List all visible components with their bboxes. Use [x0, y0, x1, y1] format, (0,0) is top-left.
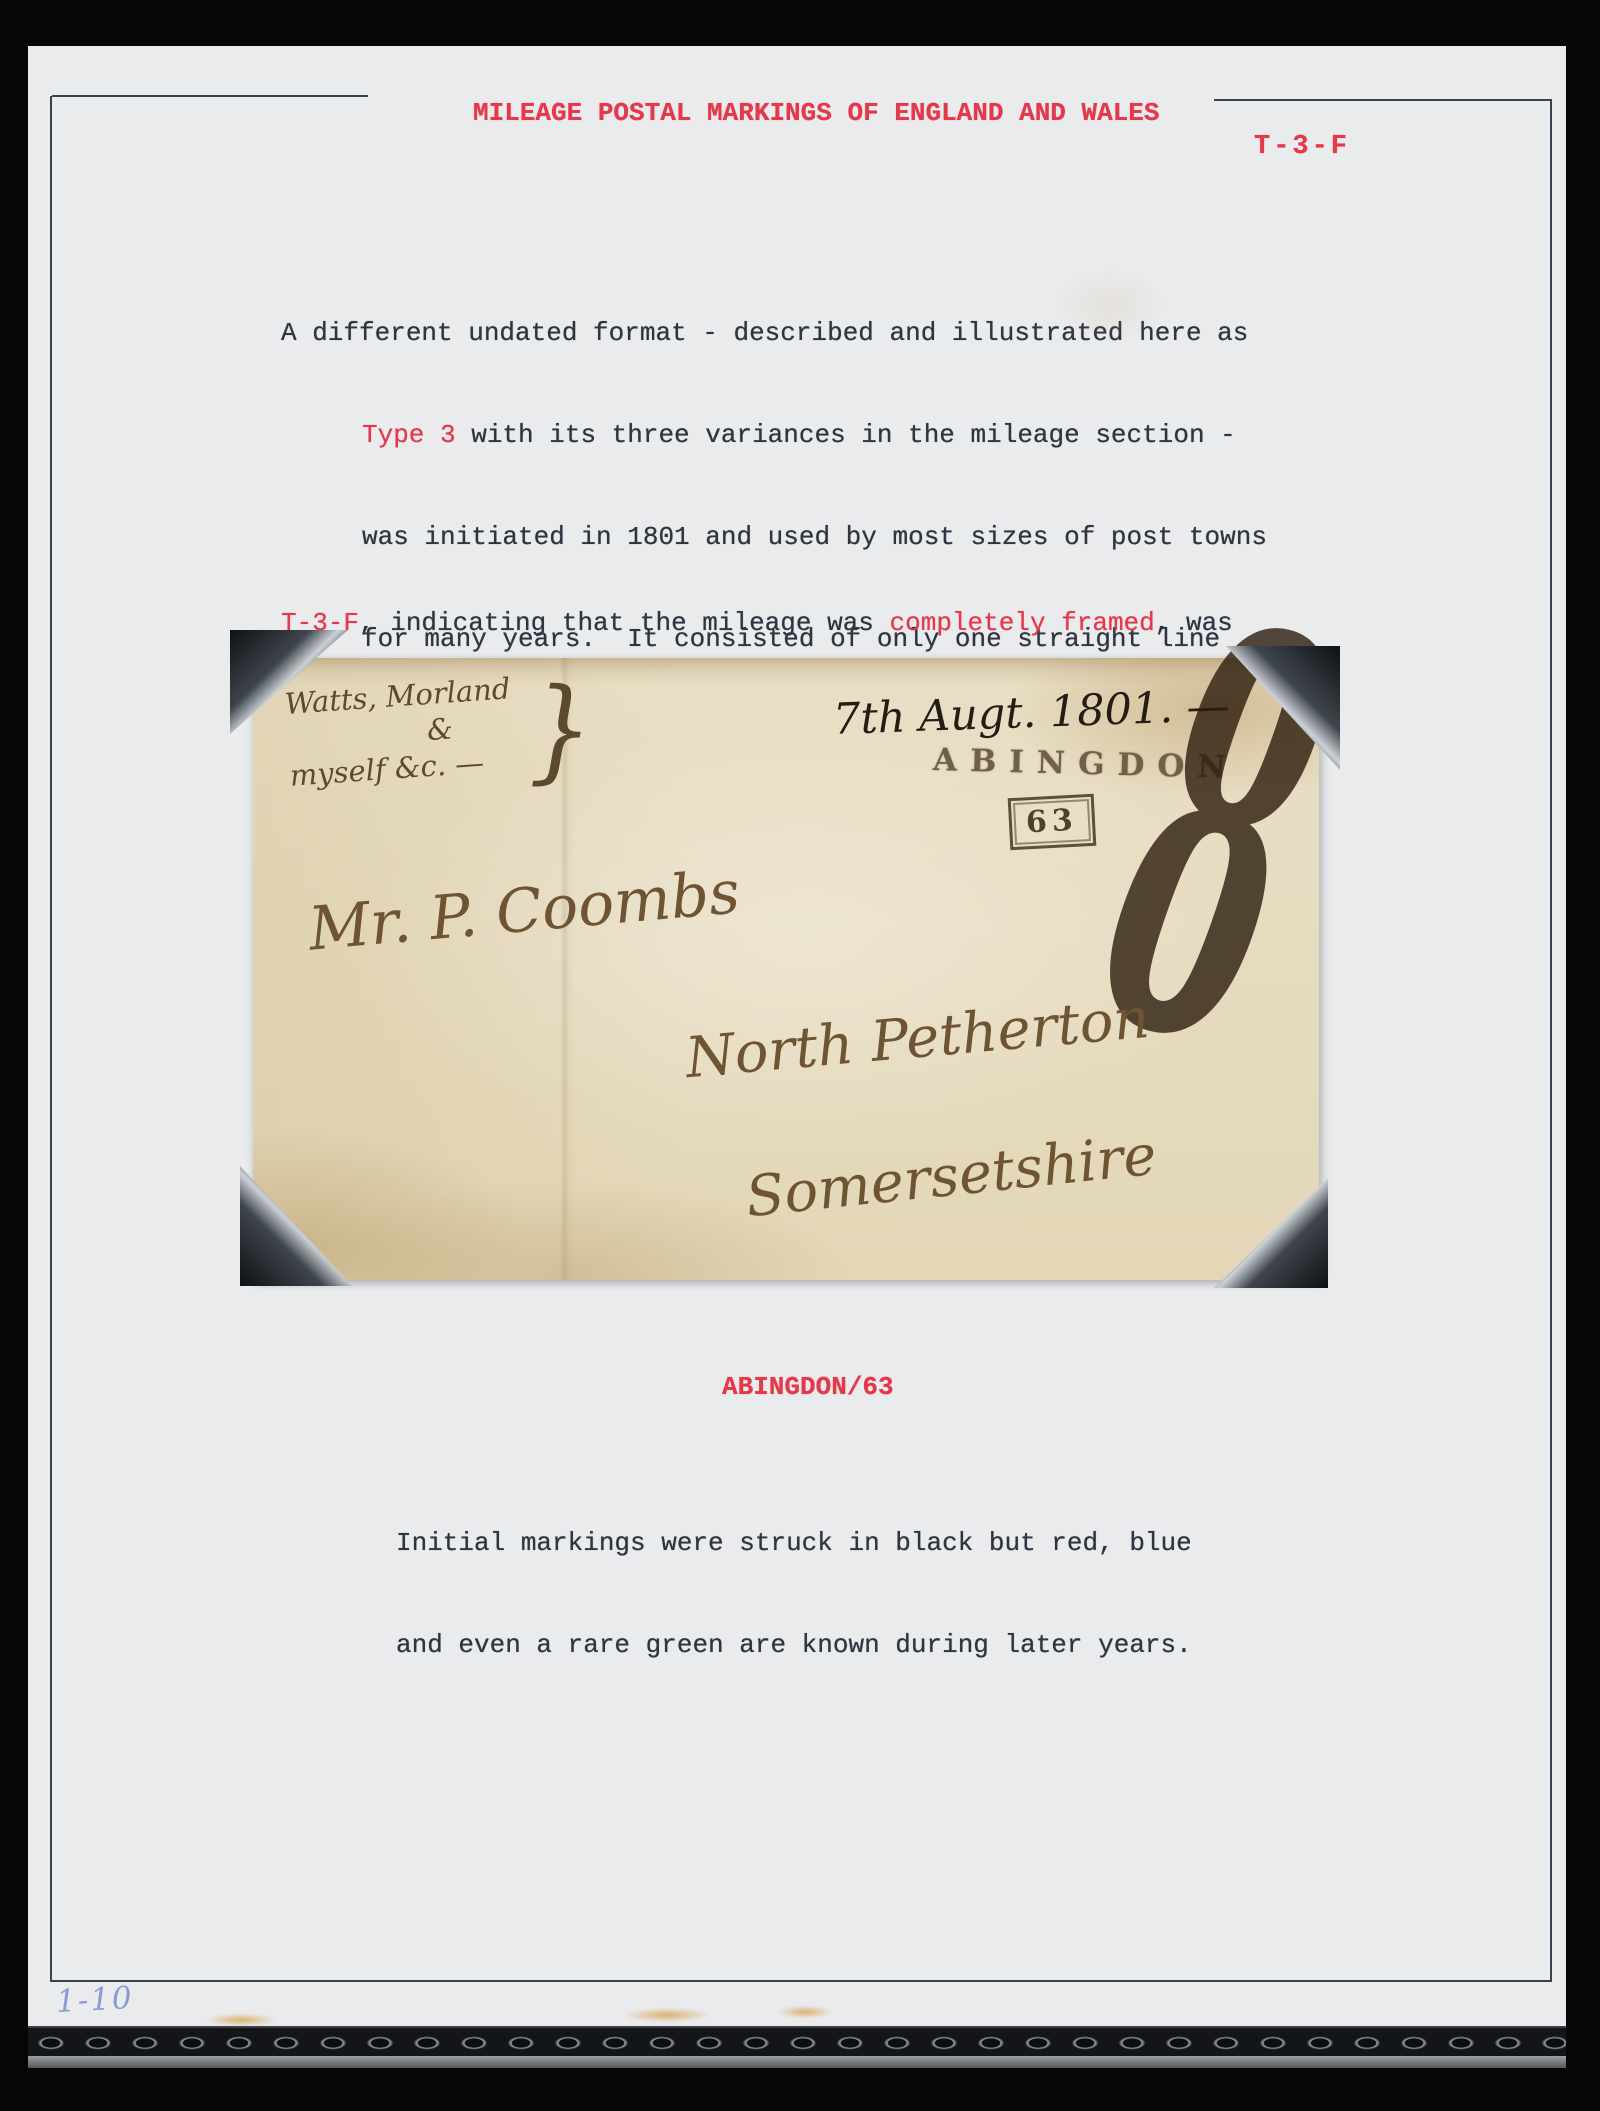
page-number-annotation: 1-10: [55, 1980, 134, 2020]
page-title: MILEAGE POSTAL MARKINGS OF ENGLAND AND W…: [449, 94, 1184, 132]
postal-cover-1801: Watts, Morland & myself &c. — } 7th Augt…: [253, 658, 1319, 1280]
binding-edge-shadow: [28, 2056, 1566, 2068]
sender-note-line: myself &c. —: [289, 742, 517, 794]
frame-line-bottom: [50, 1980, 1552, 1982]
frame-line-right: [1550, 100, 1552, 1982]
highlighted-term: completely framed: [890, 608, 1155, 638]
frame-line-top-left: [52, 95, 368, 97]
scanned-album-page: MILEAGE POSTAL MARKINGS OF ENGLAND AND W…: [0, 0, 1600, 2111]
framed-mileage-mark: 63: [1008, 794, 1096, 850]
address-county: Somersetshire: [743, 1123, 1160, 1231]
paragraph-line: T-3-F, indicating that the mileage was c…: [281, 606, 1233, 640]
cover-caption: ABINGDON/63: [722, 1370, 894, 1404]
type-reference-label: T-3-F: [1254, 130, 1350, 164]
paragraph-line: and even a rare green are known during l…: [396, 1628, 1192, 1662]
sender-note-line: &: [426, 706, 514, 748]
footnote-paragraph: Initial markings were struck in black bu…: [396, 1458, 1192, 1730]
comb-binding-strip: [28, 2026, 1566, 2058]
paragraph-line: Initial markings were struck in black bu…: [396, 1526, 1192, 1560]
paper-stain: [612, 2006, 722, 2024]
mileage-number: 63: [1013, 799, 1091, 845]
frame-line-top-right: [1214, 99, 1552, 101]
paper-stain: [1040, 260, 1180, 350]
sender-note: Watts, Morland & myself &c. —: [284, 670, 517, 794]
address-recipient: Mr. P. Coombs: [306, 857, 743, 964]
paper-stain: [770, 2004, 840, 2020]
highlighted-term: Type 3: [362, 420, 456, 450]
paragraph-line: Type 3 with its three variances in the m…: [362, 418, 1267, 452]
manuscript-brace: }: [529, 674, 593, 786]
frame-line-left: [50, 96, 52, 1982]
